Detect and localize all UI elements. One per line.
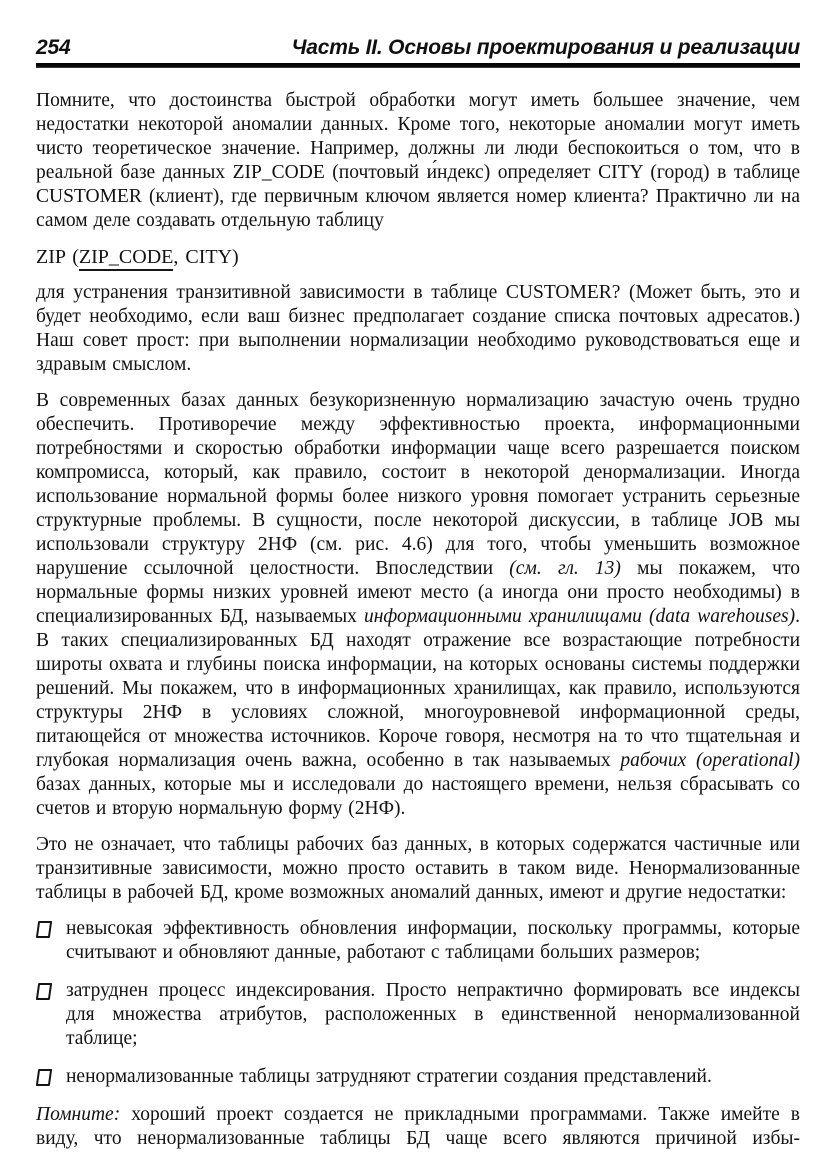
header-rule: [36, 63, 800, 68]
square-bullet-icon: [36, 983, 52, 1000]
page-header: 254 Часть II. Основы проектирования и ре…: [36, 36, 800, 60]
page-number: 254: [36, 36, 70, 60]
relation-schema: ZIP (ZIP_CODE, CITY): [36, 245, 800, 269]
square-bullet-icon: [36, 921, 52, 938]
paragraph-drawbacks-lead: Это не означает, что таблицы рабочих баз…: [36, 833, 800, 905]
paragraph-reminder: Помните: хороший проект создается не при…: [36, 1103, 800, 1151]
paragraph-intro: Помните, что достоинства быстрой обработ…: [36, 89, 800, 233]
square-bullet-icon: [36, 1069, 52, 1086]
drawbacks-list: невысокая эффективность обновления инфор…: [36, 917, 800, 1089]
list-item: затруднен процесс индексирования. Просто…: [36, 979, 800, 1051]
list-item-text: затруднен процесс индексирования. Просто…: [66, 979, 800, 1051]
book-page: 254 Часть II. Основы проектирования и ре…: [0, 0, 831, 1175]
paragraph-advice: для устранения транзитивной зависимости …: [36, 281, 800, 377]
running-title: Часть II. Основы проектирования и реализ…: [292, 36, 800, 60]
page-body: Помните, что достоинства быстрой обработ…: [36, 89, 800, 1151]
list-item-text: ненормализованные таблицы затрудняют стр…: [66, 1065, 800, 1089]
list-item-text: невысокая эффективность обновления инфор…: [66, 917, 800, 965]
paragraph-denormalization: В современных базах данных безукоризненн…: [36, 389, 800, 821]
list-item: ненормализованные таблицы затрудняют стр…: [36, 1065, 800, 1089]
list-item: невысокая эффективность обновления инфор…: [36, 917, 800, 965]
